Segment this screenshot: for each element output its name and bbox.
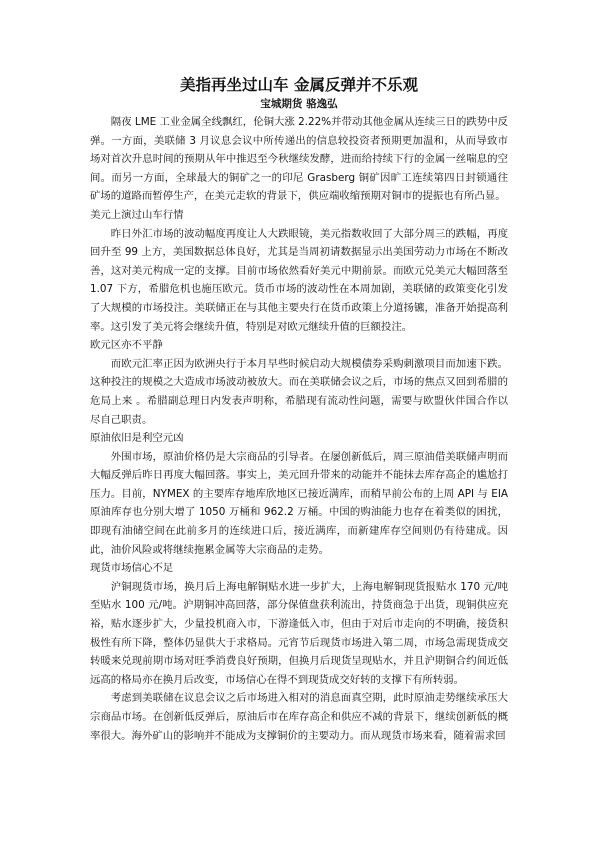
section-heading-usd: 美元上演过山车行情: [90, 206, 508, 225]
document-page: 美指再坐过山车 金属反弹并不乐观 宝城期货 骆逸弘 隔夜 LME 工业金属全线飘…: [90, 75, 508, 745]
section-heading-eurozone: 欧元区亦不平静: [90, 336, 508, 355]
section-paragraph-spot-market-1: 沪铜现货市场，换月后上海电解铜贴水进一步扩大，上海电解铜现货报贴水 170 元/…: [90, 578, 508, 690]
section-paragraph-spot-market-2: 考虑到美联储在议息会议之后市场进入相对的消息面真空期，此时原油走势继续承压大宗商…: [90, 689, 508, 745]
section-heading-crude-oil: 原油依旧是利空元凶: [90, 429, 508, 448]
section-paragraph-crude-oil: 外围市场，原油价格仍是大宗商品的引导者。在屡创新低后，周三原油借美联储声明而大幅…: [90, 448, 508, 560]
document-byline: 宝城期货 骆逸弘: [90, 95, 508, 113]
intro-paragraph: 隔夜 LME 工业金属全线飘红，伦铜大涨 2.22%并带动其他金属从连续三日的跌…: [90, 113, 508, 206]
section-paragraph-usd: 昨日外汇市场的波动幅度再度让人大跌眼镜，美元指数收回了大部分周三的跌幅，再度回升…: [90, 225, 508, 337]
section-paragraph-eurozone: 而欧元汇率正因为欧洲央行于本月早些时候启动大规模债券采购刺激项目而加速下跌。这种…: [90, 355, 508, 429]
section-heading-spot-market: 现货市场信心不足: [90, 559, 508, 578]
document-title: 美指再坐过山车 金属反弹并不乐观: [90, 75, 508, 95]
